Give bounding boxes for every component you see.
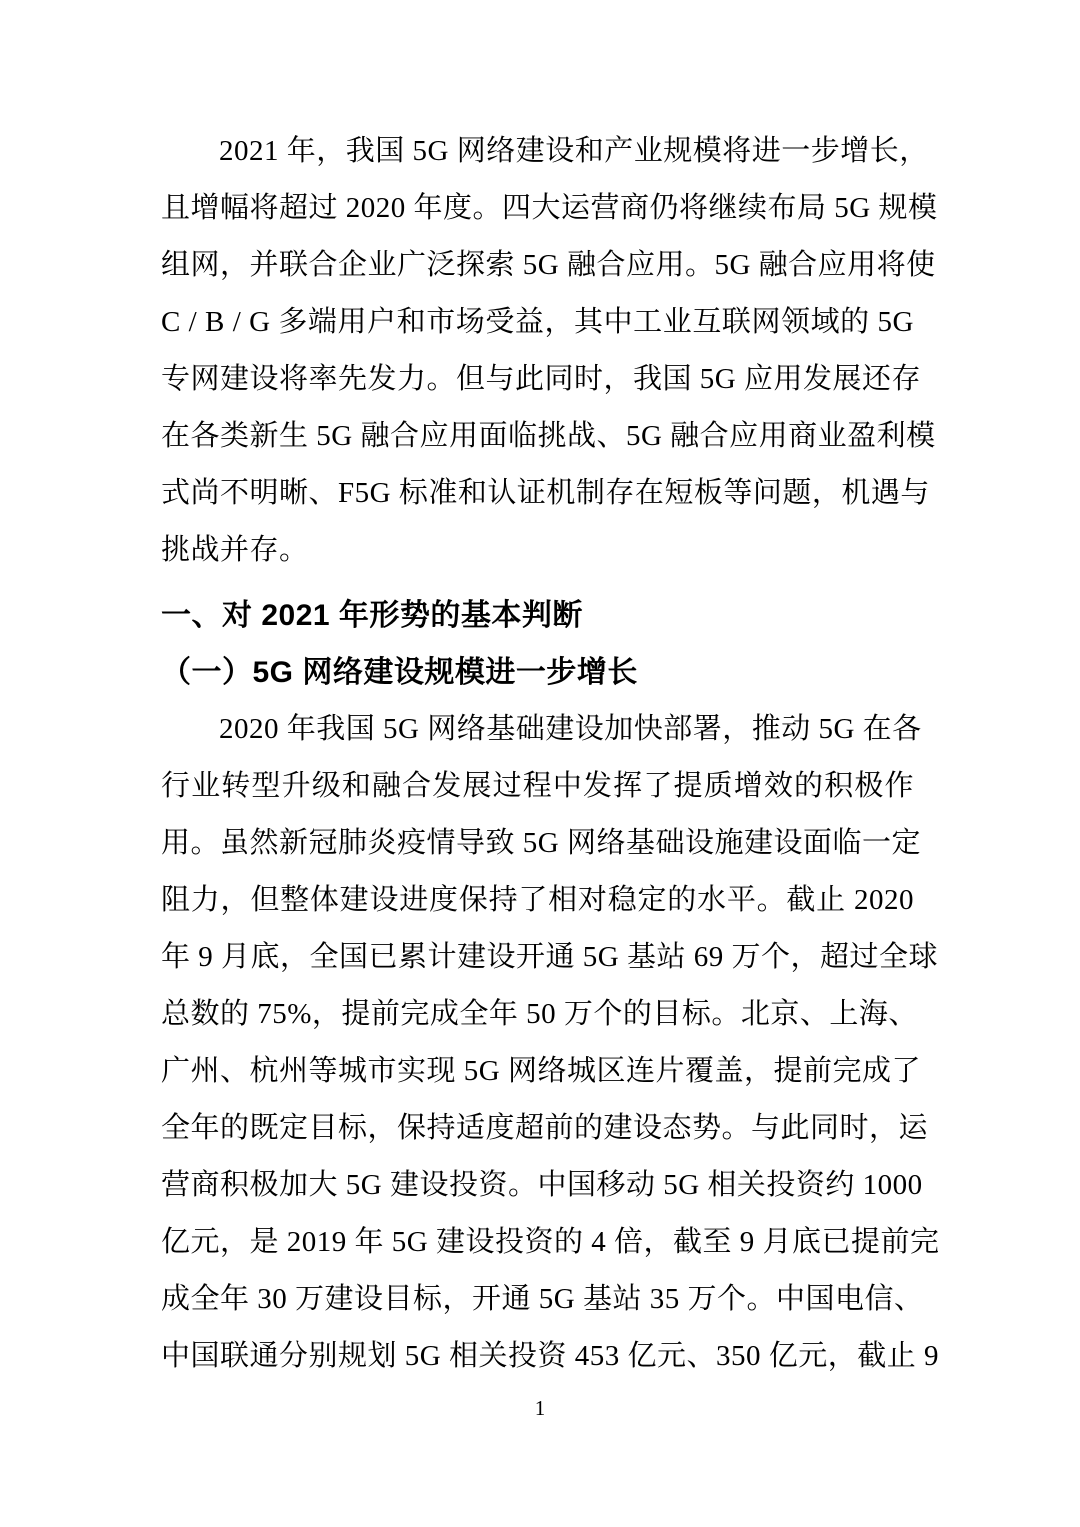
paragraph-line: 亿元，是 2019 年 5G 建设投资的 4 倍，截至 9 月底已提前完 [161,1214,914,1271]
paragraph-line: C / B / G 多端用户和市场受益，其中工业互联网领域的 5G [161,294,914,351]
paragraph-line: 在各类新生 5G 融合应用面临挑战、5G 融合应用商业盈利模 [161,408,914,465]
paragraph-1: 2021 年，我国 5G 网络建设和产业规模将进一步增长， 且增幅将超过 202… [161,123,914,579]
paragraph-line: 成全年 30 万建设目标，开通 5G 基站 35 万个。中国电信、 [161,1271,914,1328]
paragraph-line: 全年的既定目标，保持适度超前的建设态势。与此同时，运 [161,1100,914,1157]
document-page: 2021 年，我国 5G 网络建设和产业规模将进一步增长， 且增幅将超过 202… [0,0,1080,1527]
paragraph-line: 中国联通分别规划 5G 相关投资 453 亿元、350 亿元，截止 9 [161,1328,914,1385]
paragraph-line: 式尚不明晰、F5G 标准和认证机制存在短板等问题，机遇与 [161,465,914,522]
paragraph-line: 阻力，但整体建设进度保持了相对稳定的水平。截止 2020 [161,872,914,929]
paragraph-line: 用。虽然新冠肺炎疫情导致 5G 网络基础设施建设面临一定 [161,815,914,872]
paragraph-line: 营商积极加大 5G 建设投资。中国移动 5G 相关投资约 1000 [161,1157,914,1214]
document-body: 2021 年，我国 5G 网络建设和产业规模将进一步增长， 且增幅将超过 202… [161,123,914,1385]
paragraph-line: 组网，并联合企业广泛探索 5G 融合应用。5G 融合应用将使 [161,237,914,294]
paragraph-line: 总数的 75%，提前完成全年 50 万个的目标。北京、上海、 [161,986,914,1043]
paragraph-line: 2021 年，我国 5G 网络建设和产业规模将进一步增长， [161,123,914,180]
paragraph-line: 年 9 月底，全国已累计建设开通 5G 基站 69 万个，超过全球 [161,929,914,986]
section-heading: 一、对 2021 年形势的基本判断 [161,587,914,644]
paragraph-2: 2020 年我国 5G 网络基础建设加快部署，推动 5G 在各 行业转型升级和融… [161,701,914,1385]
subsection-heading: （一）5G 网络建设规模进一步增长 [161,644,914,701]
paragraph-line: 且增幅将超过 2020 年度。四大运营商仍将继续布局 5G 规模 [161,180,914,237]
page-number: 1 [0,1394,1080,1422]
paragraph-line: 广州、杭州等城市实现 5G 网络城区连片覆盖，提前完成了 [161,1043,914,1100]
paragraph-line: 2020 年我国 5G 网络基础建设加快部署，推动 5G 在各 [161,701,914,758]
paragraph-line: 专网建设将率先发力。但与此同时，我国 5G 应用发展还存 [161,351,914,408]
paragraph-line: 挑战并存。 [161,522,914,579]
paragraph-line: 行业转型升级和融合发展过程中发挥了提质增效的积极作 [161,758,914,815]
